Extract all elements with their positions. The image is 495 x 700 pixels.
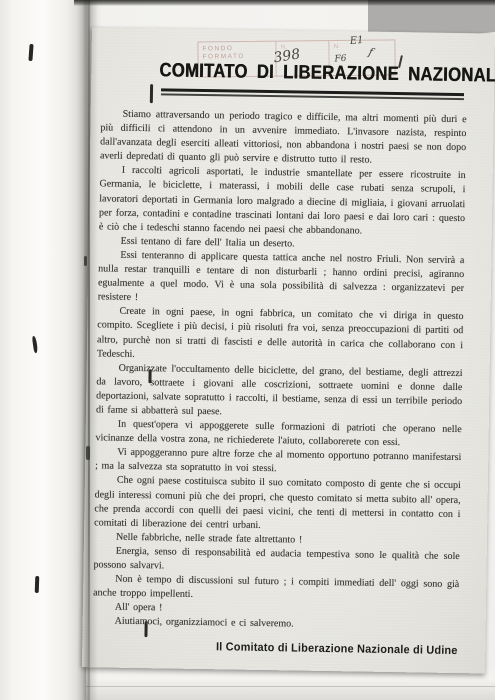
pen-margin-mark-title xyxy=(150,84,153,103)
binding-gutter-shadow xyxy=(76,0,98,700)
handwritten-code-top: E1 xyxy=(349,35,364,47)
leaflet-sheet: FONDO FORMATO N. N. 398 E1 f F6 COMITATO… xyxy=(82,27,495,673)
binding-gutter-line xyxy=(88,0,90,700)
paragraph: Stiamo attraversando un periodo tragico … xyxy=(100,107,467,169)
scanned-document-scene: FONDO FORMATO N. N. 398 E1 f F6 COMITATO… xyxy=(0,0,495,700)
paragraph: Essi tenteranno di applicare questa tatt… xyxy=(98,248,465,310)
paragraph: Che ogni paese costituisca subito il suo… xyxy=(94,474,461,536)
scan-top-edge xyxy=(74,0,495,6)
signature-line: Il Comitato di Liberazione Nazionale di … xyxy=(216,641,458,657)
binding-stitch-mark xyxy=(35,576,40,593)
adjacent-page-edge xyxy=(0,0,86,700)
title-underline xyxy=(161,88,464,100)
gutter-ink-speck xyxy=(86,446,90,460)
document-body: Stiamo attraversando un periodo tragico … xyxy=(93,107,467,634)
document-title: COMITATO DI LIBERAZIONE NAZIONALE xyxy=(159,59,495,87)
paragraph: Organizzate l'occultamento delle bicicle… xyxy=(96,361,463,423)
gutter-ink-speck xyxy=(84,256,87,266)
paragraph: Create in ogni paese, in ogni fabbrica, … xyxy=(97,305,464,367)
page-bottom-edge-line xyxy=(86,686,495,687)
paragraph: I raccolti agricoli asportati, le indust… xyxy=(99,164,466,240)
